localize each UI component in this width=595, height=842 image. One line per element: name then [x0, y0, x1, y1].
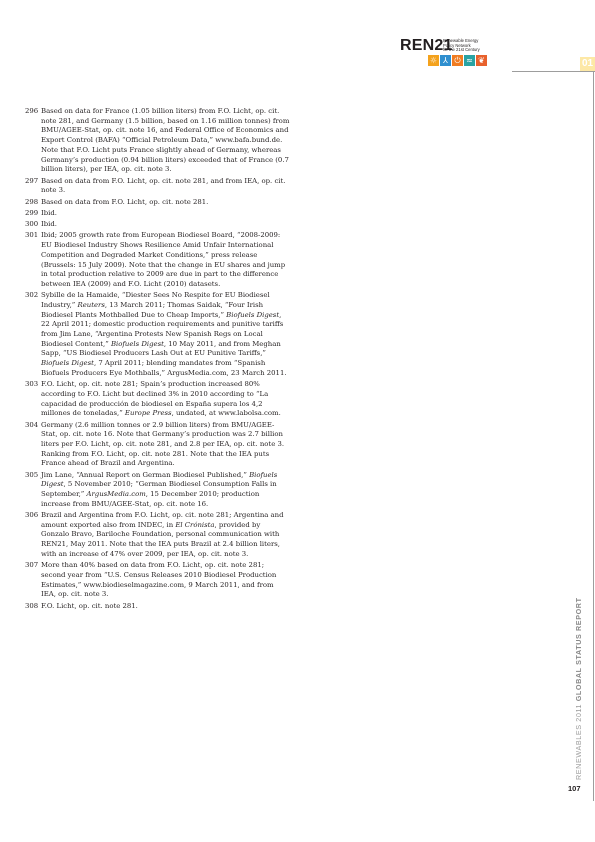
endnote-number: 303 [25, 380, 41, 419]
sun-icon: ☼ [428, 55, 439, 66]
endnote-text: F.O. Licht, op. cit. note 281; Spain’s p… [41, 380, 290, 419]
right-margin-rule [593, 71, 594, 801]
wind-turbine-icon: ⅄ [440, 55, 451, 66]
endnote-text: Based on data from F.O. Licht, op. cit. … [41, 198, 290, 208]
endnote-text: Based on data from F.O. Licht, op. cit. … [41, 177, 290, 196]
endnote-number: 299 [25, 209, 41, 219]
endnote-number: 305 [25, 471, 41, 510]
endnote-item: 300Ibid. [25, 220, 290, 230]
endnote-item: 308F.O. Licht, op. cit. note 281. [25, 602, 290, 612]
chapter-badge: 01 [580, 57, 595, 71]
water-waves-icon: ≈ [464, 55, 475, 66]
endnote-text: Brazil and Argentina from F.O. Licht, op… [41, 511, 290, 560]
logo-tagline: Renewable Energy Policy Network for the … [443, 39, 480, 53]
endnote-number: 298 [25, 198, 41, 208]
endnote-text: More than 40% based on data from F.O. Li… [41, 561, 290, 600]
ren21-logo: REN21 Renewable Energy Policy Network fo… [400, 38, 510, 68]
endnote-text: Ibid. [41, 220, 290, 230]
endnote-number: 306 [25, 511, 41, 560]
endnote-number: 304 [25, 421, 41, 470]
endnote-text: Ibid. [41, 209, 290, 219]
header-divider [512, 71, 595, 72]
endnote-text: F.O. Licht, op. cit. note 281. [41, 602, 290, 612]
endnote-text: Based on data for France (1.05 billion l… [41, 107, 290, 175]
endnote-item: 301Ibid; 2005 growth rate from European … [25, 231, 290, 289]
maple-leaf-icon: ❦ [476, 55, 487, 66]
endnote-number: 307 [25, 561, 41, 600]
endnote-item: 297Based on data from F.O. Licht, op. ci… [25, 177, 290, 196]
endnote-item: 298Based on data from F.O. Licht, op. ci… [25, 198, 290, 208]
endnote-text: Germany (2.6 million tonnes or 2.9 billi… [41, 421, 290, 470]
endnote-item: 307More than 40% based on data from F.O.… [25, 561, 290, 600]
endnote-number: 300 [25, 220, 41, 230]
page-number: 107 [568, 784, 581, 793]
endnote-number: 296 [25, 107, 41, 175]
endnote-item: 296Based on data for France (1.05 billio… [25, 107, 290, 175]
endnote-item: 306Brazil and Argentina from F.O. Licht,… [25, 511, 290, 560]
endnote-item: 299Ibid. [25, 209, 290, 219]
endnote-item: 302Sybille de la Hamaide, “Diester Sees … [25, 291, 290, 378]
power-icon: ⏻ [452, 55, 463, 66]
endnote-item: 305Jim Lane, “Annual Report on German Bi… [25, 471, 290, 510]
endnote-text: Jim Lane, “Annual Report on German Biodi… [41, 471, 290, 510]
endnote-text: Sybille de la Hamaide, “Diester Sees No … [41, 291, 290, 378]
endnote-item: 303F.O. Licht, op. cit. note 281; Spain’… [25, 380, 290, 419]
endnote-text: Ibid; 2005 growth rate from European Bio… [41, 231, 290, 289]
running-title-bold: GLOBAL STATUS REPORT [574, 597, 583, 701]
endnote-number: 301 [25, 231, 41, 289]
running-title-light: RENEWABLES 2011 [574, 701, 583, 780]
endnote-number: 297 [25, 177, 41, 196]
endnotes-list: 296Based on data for France (1.05 billio… [25, 107, 290, 613]
logo-icon-row: ☼⅄⏻≈❦ [428, 55, 487, 66]
endnote-number: 308 [25, 602, 41, 612]
endnote-number: 302 [25, 291, 41, 378]
running-title: RENEWABLES 2011 GLOBAL STATUS REPORT [574, 597, 583, 780]
endnote-item: 304Germany (2.6 million tonnes or 2.9 bi… [25, 421, 290, 470]
